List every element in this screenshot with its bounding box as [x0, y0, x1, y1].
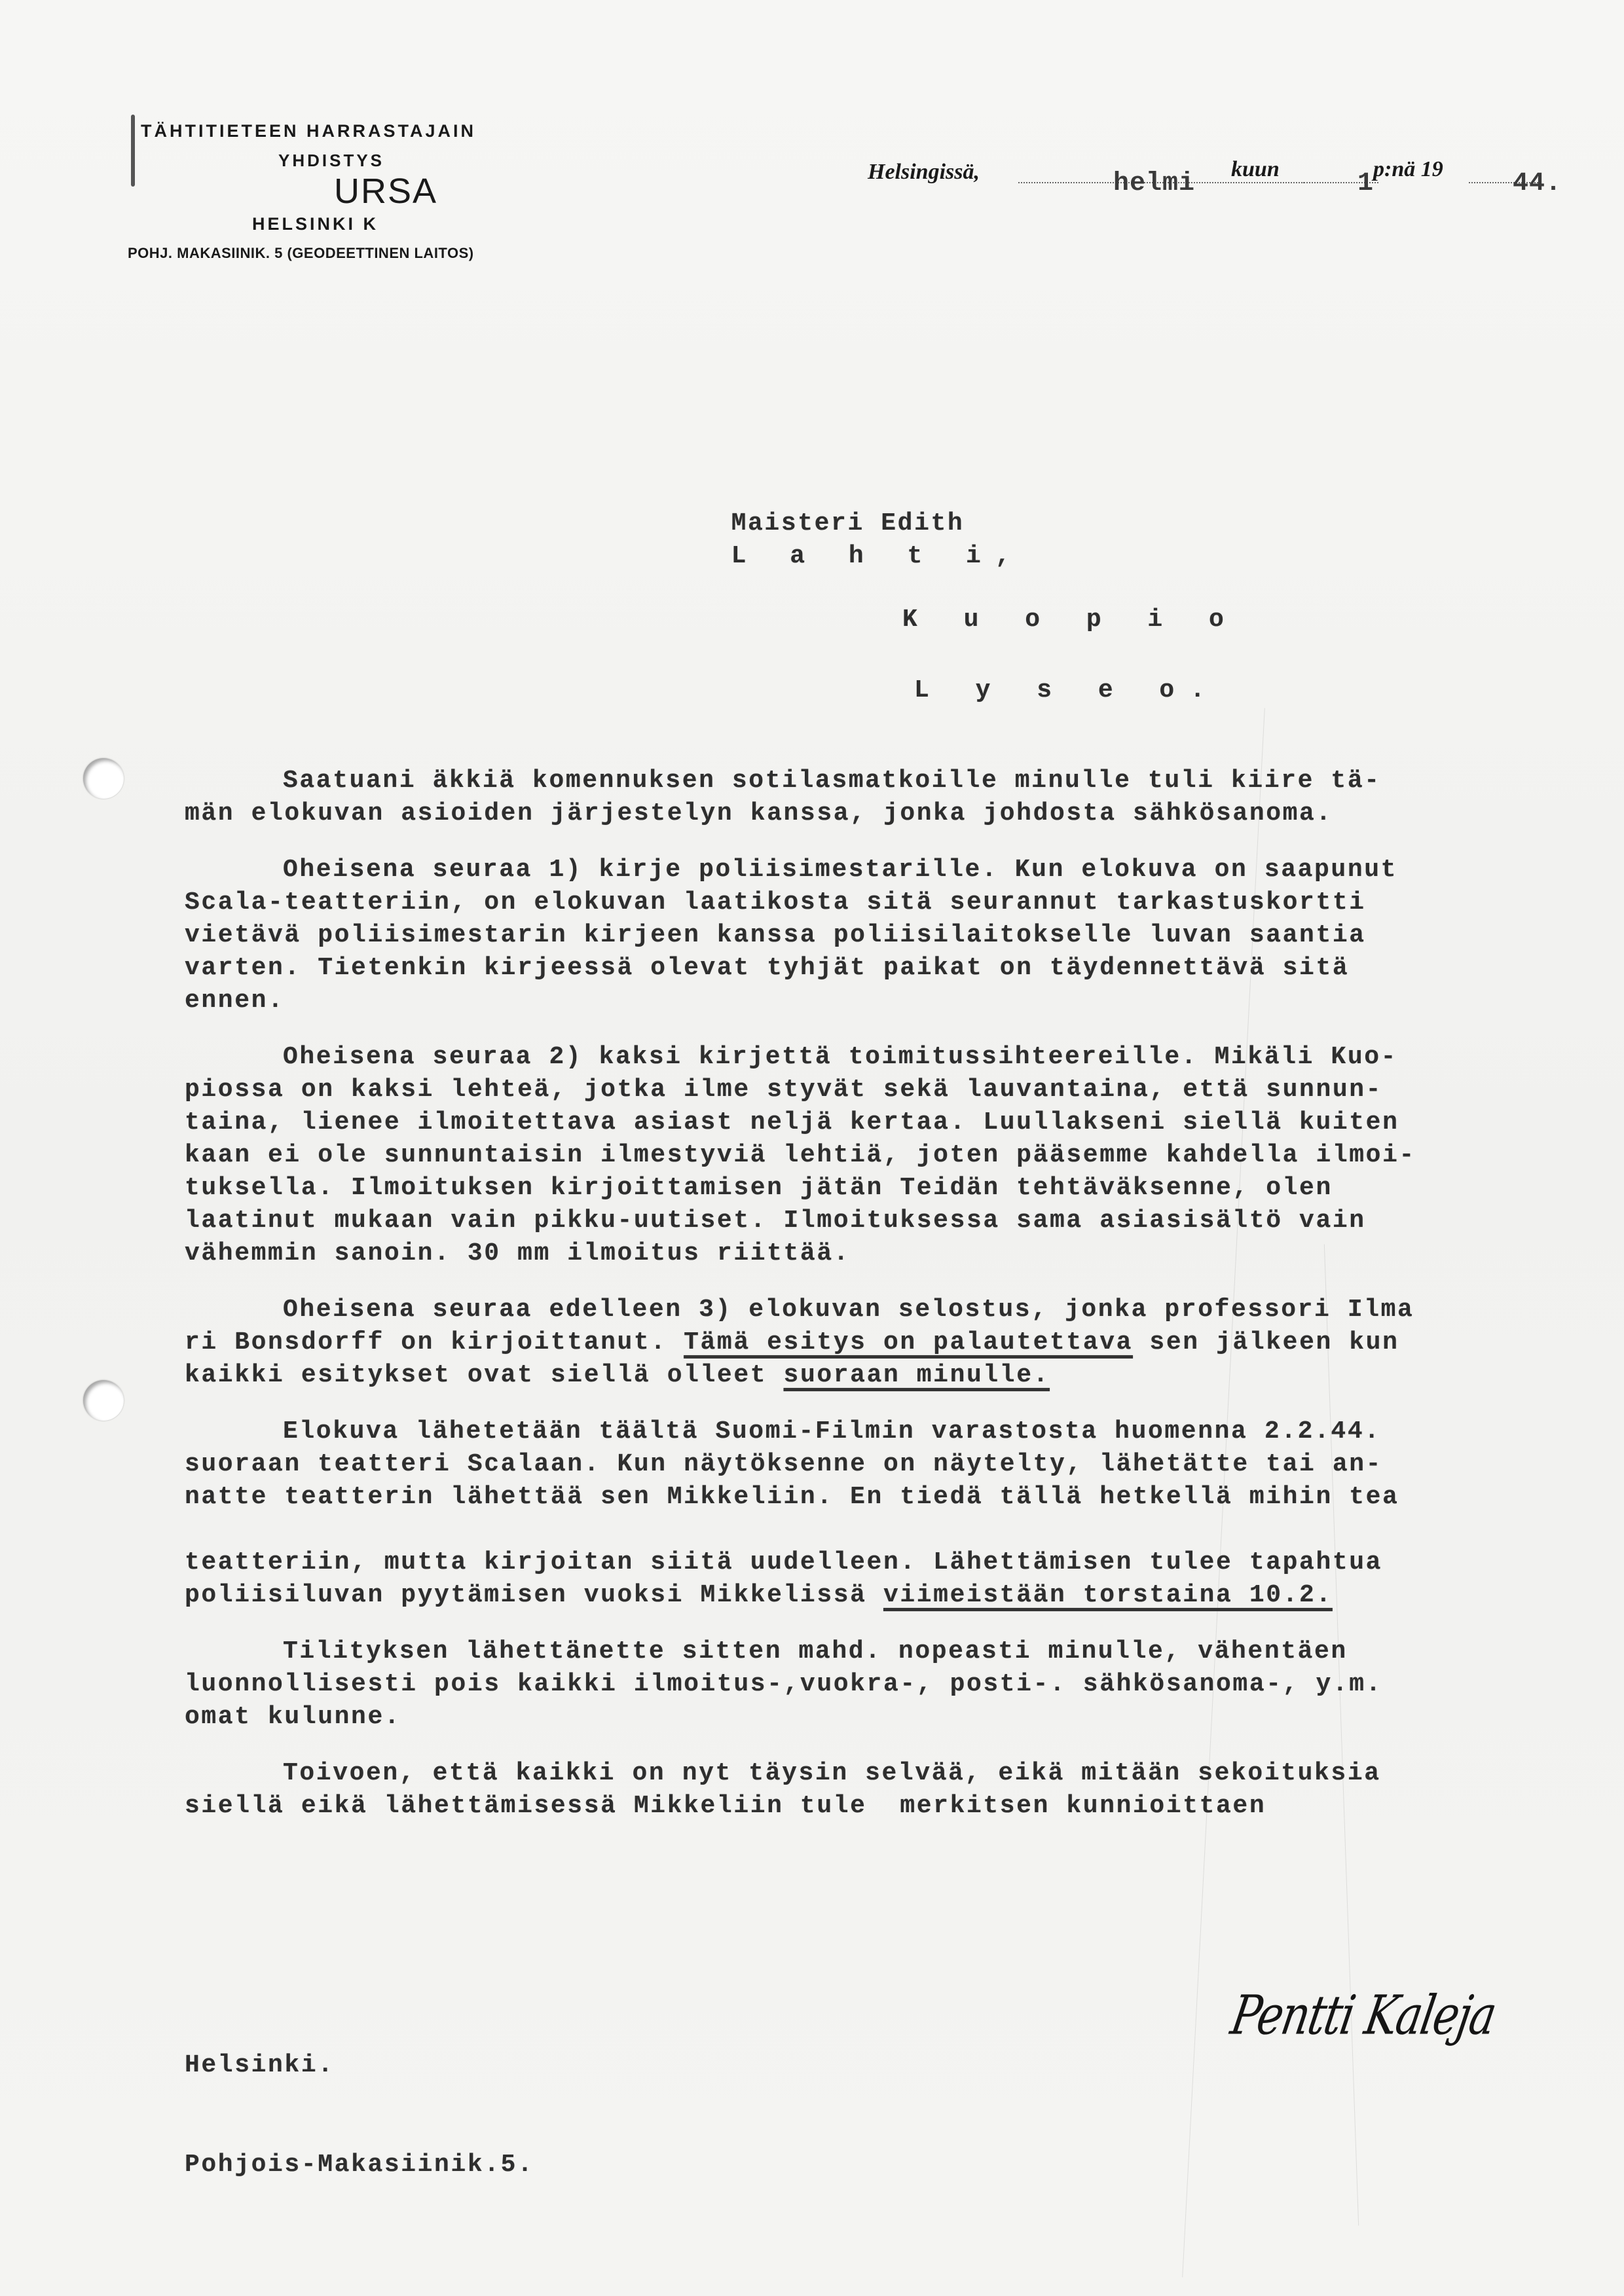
letterhead-org-name: URSA [128, 171, 547, 211]
body-line: män elokuvan asioiden järjestelyn kanssa… [185, 797, 1619, 830]
body-line: Oheisena seuraa edelleen 3) elokuvan sel… [185, 1294, 1619, 1326]
date-month: helmi [1113, 169, 1195, 198]
body-line: taina, lienee ilmoitettava asiast neljä … [185, 1106, 1619, 1139]
body-paragraph: Elokuva lähetetään täältä Suomi-Filmin v… [185, 1415, 1619, 1612]
body-line: vietävä poliisimestarin kirjeen kanssa p… [185, 919, 1619, 952]
date-day: 1 [1357, 169, 1374, 198]
body-line: Elokuva lähetetään täältä Suomi-Filmin v… [185, 1415, 1619, 1448]
body-line: Toivoen, että kaikki on nyt täysin selvä… [185, 1757, 1619, 1790]
punch-hole-top [83, 758, 124, 799]
body-line: Scala-teatteriin, on elokuvan laatikosta… [185, 886, 1619, 919]
body-paragraph: Oheisena seuraa 1) kirje poliisimestaril… [185, 854, 1619, 1017]
body-line [185, 1514, 1619, 1546]
letterhead-city: HELSINKI K [128, 214, 547, 234]
underlined-text: suoraan minulle. [784, 1361, 1050, 1389]
body-line: laatinut mukaan vain pikku-uutiset. Ilmo… [185, 1205, 1619, 1237]
punch-hole-bottom [83, 1380, 124, 1421]
letterhead-address: POHJ. MAKASIINIK. 5 (GEODEETTINEN LAITOS… [128, 245, 547, 262]
body-line: kaikki esitykset ovat siellä olleet suor… [185, 1359, 1619, 1392]
addressee-school: L y s e o. [914, 674, 1221, 707]
body-paragraph: Tilityksen lähettänette sitten mahd. nop… [185, 1635, 1619, 1734]
addressee-name: Maisteri Edith L a h t i, [665, 475, 1025, 606]
date-line: Helsingissä, helmi kuun 1 p:nä 19 44. [868, 157, 1621, 210]
body-line: Oheisena seuraa 1) kirje poliisimestaril… [185, 854, 1619, 886]
date-place: Helsingissä, [868, 160, 980, 185]
body-line: piossa on kaksi lehteä, jotka ilme styvä… [185, 1074, 1619, 1106]
body-line: tuksella. Ilmoituksen kirjoittamisen jät… [185, 1172, 1619, 1205]
body-line: teatteriin, mutta kirjoitan siitä uudell… [185, 1546, 1619, 1579]
body-line: suoraan teatteri Scalaan. Kun näytöksenn… [185, 1448, 1619, 1481]
body-paragraph: Toivoen, että kaikki on nyt täysin selvä… [185, 1757, 1619, 1823]
body-line: Oheisena seuraa 2) kaksi kirjettä toimit… [185, 1041, 1619, 1074]
body-line: omat kulunne. [185, 1701, 1619, 1734]
letterhead-society-line1: TÄHTITIETEEN HARRASTAJAIN [134, 121, 547, 141]
date-day-suffix: p:nä 19 [1373, 157, 1443, 182]
handwritten-signature: Pentti Kaleja [1227, 1984, 1500, 2047]
body-line: siellä eikä lähettämisessä Mikkeliin tul… [185, 1790, 1619, 1823]
letterhead-society-line2: YHDISTYS [200, 151, 547, 171]
body-paragraph: Oheisena seuraa edelleen 3) elokuvan sel… [185, 1294, 1619, 1392]
addressee-city: K u o p i o [902, 604, 1240, 636]
body-line: ennen. [185, 985, 1619, 1017]
sender-address-city: Helsinki. [185, 2049, 534, 2083]
date-month-suffix: kuun [1231, 157, 1280, 182]
body-line: vähemmin sanoin. 30 mm ilmoitus riittää. [185, 1237, 1619, 1270]
addressee-surname: L a h t i, [731, 542, 1025, 570]
body-paragraph: Oheisena seuraa 2) kaksi kirjettä toimit… [185, 1041, 1619, 1270]
addressee-title-name: Maisteri Edith [731, 509, 965, 538]
underlined-text: Tämä esitys on palautettava [684, 1328, 1133, 1357]
body-line: natte teatterin lähettää sen Mikkeliin. … [185, 1481, 1619, 1514]
body-paragraph: Saatuani äkkiä komennuksen sotilasmatkoi… [185, 765, 1619, 830]
body-line: Saatuani äkkiä komennuksen sotilasmatkoi… [185, 765, 1619, 797]
letter-body: Saatuani äkkiä komennuksen sotilasmatkoi… [185, 765, 1619, 1846]
body-line: luonnollisesti pois kaikki ilmoitus-,vuo… [185, 1668, 1619, 1701]
letter-page: TÄHTITIETEEN HARRASTAJAIN YHDISTYS URSA … [0, 0, 1624, 2296]
body-line: ri Bonsdorff on kirjoittanut. Tämä esity… [185, 1326, 1619, 1359]
sender-address-street: Pohjois-Makasiinik.5. [185, 2149, 534, 2183]
body-line: kaan ei ole sunnuntaisin ilmestyviä leht… [185, 1139, 1619, 1172]
date-year: 44. [1513, 169, 1562, 198]
body-line: varten. Tietenkin kirjeessä olevat tyhjä… [185, 952, 1619, 985]
body-line: Tilityksen lähettänette sitten mahd. nop… [185, 1635, 1619, 1668]
sender-address: Helsinki. Pohjois-Makasiinik.5. [185, 1984, 534, 2248]
body-line: poliisiluvan pyytämisen vuoksi Mikkeliss… [185, 1579, 1619, 1612]
underlined-text: viimeistään torstaina 10.2. [883, 1581, 1333, 1609]
letterhead: TÄHTITIETEEN HARRASTAJAIN YHDISTYS URSA … [128, 121, 547, 262]
